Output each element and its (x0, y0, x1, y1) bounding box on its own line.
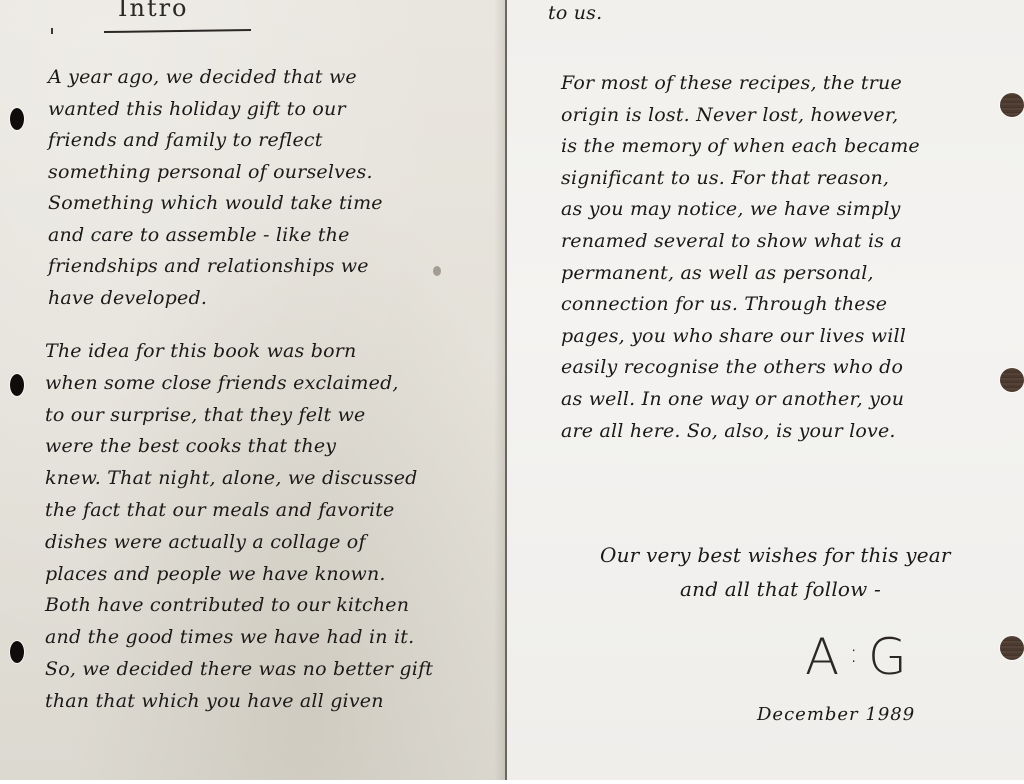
text-line: So, we decided there was no better gift (45, 654, 433, 686)
text-line: easily recognise the others who do (561, 352, 920, 384)
text-line: when some close friends exclaimed, (45, 368, 433, 400)
text-line: friends and family to reflect (48, 125, 383, 157)
text-line: than that which you have all given (45, 686, 433, 718)
date-line: December 1989 (757, 704, 915, 725)
text-line: connection for us. Through these (561, 289, 920, 321)
text-line: Something which would take time (48, 188, 383, 220)
text-line: Both have contributed to our kitchen (45, 590, 433, 622)
text-line: For most of these recipes, the true (561, 68, 920, 100)
text-line: permanent, as well as personal, (561, 258, 920, 290)
intro-paragraph-1: A year ago, we decided that we wanted th… (48, 62, 383, 314)
left-page: Intro A year ago, we decided that we wan… (0, 0, 507, 780)
text-line: dishes were actually a collage of (45, 527, 433, 559)
binder-hole (1000, 368, 1024, 392)
text-line: renamed several to show what is a (561, 226, 920, 258)
intro-paragraph-2: The idea for this book was born when som… (45, 336, 433, 718)
title-underline (104, 29, 251, 33)
text-line: to us. (548, 0, 602, 30)
text-line: and the good times we have had in it. (45, 622, 433, 654)
text-line: are all here. So, also, is your love. (561, 416, 920, 448)
text-line: were the best cooks that they (45, 431, 433, 463)
text-line: wanted this holiday gift to our (48, 94, 383, 126)
binder-hole (10, 108, 24, 130)
text-line: friendships and relationships we (48, 251, 383, 283)
text-line: Our very best wishes for this year (600, 538, 951, 572)
text-line: and care to assemble - like the (48, 220, 383, 252)
text-line: is the memory of when each became (561, 131, 920, 163)
signature-initial-2: G (868, 628, 913, 686)
binder-hole (10, 374, 24, 396)
text-line: something personal of ourselves. (48, 157, 383, 189)
text-line: significant to us. For that reason, (561, 163, 920, 195)
text-line: and all that follow - (600, 572, 951, 606)
book-spread: Intro A year ago, we decided that we wan… (0, 0, 1024, 780)
text-line: have developed. (48, 283, 383, 315)
signature-initial-1: A (805, 628, 845, 686)
text-line: to our surprise, that they felt we (45, 400, 433, 432)
margin-mark (51, 28, 53, 34)
text-line: pages, you who share our lives will (561, 321, 920, 353)
binder-hole (1000, 636, 1024, 660)
signature-separator: : (849, 639, 864, 669)
text-line: as well. In one way or another, you (561, 384, 920, 416)
recipes-paragraph: For most of these recipes, the true orig… (561, 68, 920, 447)
text-line: the fact that our meals and favorite (45, 495, 433, 527)
text-line: origin is lost. Never lost, however, (561, 100, 920, 132)
text-line: The idea for this book was born (45, 336, 433, 368)
binder-hole (1000, 93, 1024, 117)
text-line: A year ago, we decided that we (48, 62, 383, 94)
image-border (0, 780, 1024, 784)
signature: A:G (805, 628, 913, 686)
text-line: knew. That night, alone, we discussed (45, 463, 433, 495)
closing-wishes: Our very best wishes for this year and a… (600, 538, 951, 606)
paper-stain (433, 266, 441, 276)
text-line: places and people we have known. (45, 559, 433, 591)
page-title: Intro (118, 0, 189, 22)
text-line: as you may notice, we have simply (561, 194, 920, 226)
binder-hole (10, 641, 24, 663)
continuation-text: to us. (548, 0, 602, 30)
